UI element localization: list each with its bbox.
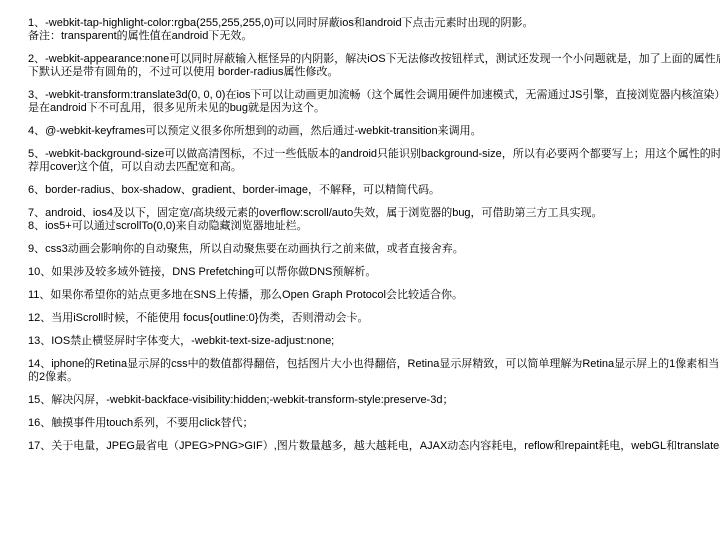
note-paragraph: 7、android、ios4及以下，固定宽/高块级元素的overflow:scr… [28, 207, 712, 233]
note-paragraph: 4、@-webkit-keyframes可以预定义很多你所想到的动画，然后通过-… [28, 125, 712, 138]
note-line: 是在android下不可乱用，很多见所未见的bug就是因为这个。 [28, 102, 712, 115]
note-paragraph: 10、如果涉及较多域外链接，DNS Prefetching可以帮你做DNS预解析… [28, 266, 712, 279]
note-line: 15、解决闪屏，-webkit-backface-visibility:hidd… [28, 394, 712, 407]
note-paragraph: 11、如果你希望你的站点更多地在SNS上传播，那么Open Graph Prot… [28, 289, 712, 302]
note-line: 12、当用iScroll时候，不能使用 focus{outline:0}伪类，否… [28, 312, 712, 325]
notes-list: 1、-webkit-tap-highlight-color:rgba(255,2… [28, 17, 712, 453]
note-line: 荐用cover这个值，可以自动去匹配宽和高。 [28, 161, 712, 174]
note-line: 8、ios5+可以通过scrollTo(0,0)来自动隐藏浏览器地址栏。 [28, 220, 712, 233]
note-line: 7、android、ios4及以下，固定宽/高块级元素的overflow:scr… [28, 207, 712, 220]
note-paragraph: 16、触摸事件用touch系列，不要用click替代； [28, 417, 712, 430]
note-paragraph: 5、-webkit-background-size可以做高清图标，不过一些低版本… [28, 148, 712, 174]
note-line: 下默认还是带有圆角的，不过可以使用 border-radius属性修改。 [28, 66, 712, 79]
note-line: 6、border-radius、box-shadow、gradient、bord… [28, 184, 712, 197]
note-paragraph: 17、关于电量，JPEG最省电（JPEG>PNG>GIF）,图片数量越多，越大越… [28, 440, 712, 453]
note-paragraph: 14、iphone的Retina显示屏的css中的数值都得翻倍，包括图片大小也得… [28, 358, 712, 384]
note-line: 10、如果涉及较多域外链接，DNS Prefetching可以帮你做DNS预解析… [28, 266, 712, 279]
slide-page: 1、-webkit-tap-highlight-color:rgba(255,2… [0, 0, 720, 540]
note-line: 13、IOS禁止横竖屏时字体变大，-webkit-text-size-adjus… [28, 335, 712, 348]
note-line: 14、iphone的Retina显示屏的css中的数值都得翻倍，包括图片大小也得… [28, 358, 712, 371]
note-paragraph: 9、css3动画会影响你的自动聚焦，所以自动聚焦要在动画执行之前来做，或者直接舍… [28, 243, 712, 256]
note-paragraph: 2、-webkit-appearance:none可以同时屏蔽输入框怪异的内阴影… [28, 53, 712, 79]
note-line: 备注：transparent的属性值在android下无效。 [28, 30, 712, 43]
note-line: 2、-webkit-appearance:none可以同时屏蔽输入框怪异的内阴影… [28, 53, 712, 66]
note-line: 16、触摸事件用touch系列，不要用click替代； [28, 417, 712, 430]
note-paragraph: 6、border-radius、box-shadow、gradient、bord… [28, 184, 712, 197]
note-paragraph: 3、-webkit-transform:translate3d(0, 0, 0)… [28, 89, 712, 115]
note-line: 的2像素。 [28, 371, 712, 384]
note-paragraph: 15、解决闪屏，-webkit-backface-visibility:hidd… [28, 394, 712, 407]
note-paragraph: 12、当用iScroll时候，不能使用 focus{outline:0}伪类，否… [28, 312, 712, 325]
note-paragraph: 13、IOS禁止横竖屏时字体变大，-webkit-text-size-adjus… [28, 335, 712, 348]
note-line: 9、css3动画会影响你的自动聚焦，所以自动聚焦要在动画执行之前来做，或者直接舍… [28, 243, 712, 256]
note-line: 1、-webkit-tap-highlight-color:rgba(255,2… [28, 17, 712, 30]
note-line: 4、@-webkit-keyframes可以预定义很多你所想到的动画，然后通过-… [28, 125, 712, 138]
note-line: 5、-webkit-background-size可以做高清图标，不过一些低版本… [28, 148, 712, 161]
note-line: 11、如果你希望你的站点更多地在SNS上传播，那么Open Graph Prot… [28, 289, 712, 302]
note-line: 17、关于电量，JPEG最省电（JPEG>PNG>GIF）,图片数量越多，越大越… [28, 440, 712, 453]
note-paragraph: 1、-webkit-tap-highlight-color:rgba(255,2… [28, 17, 712, 43]
note-line: 3、-webkit-transform:translate3d(0, 0, 0)… [28, 89, 712, 102]
